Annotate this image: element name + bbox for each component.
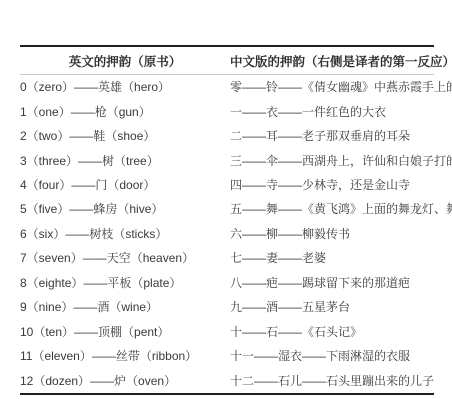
cell-english-rhyme: 0（zero）——英雄（hero） xyxy=(20,81,230,93)
table-body: 0（zero）——英雄（hero） 零——铃——《倩女幽魂》中燕赤霞手上的那个法… xyxy=(20,75,434,393)
table-row: 7（seven）——天空（heaven） 七——妻——老婆 xyxy=(20,246,434,270)
table-row: 11（eleven）——丝带（ribbon） 十一——湿衣——下雨淋湿的衣服 xyxy=(20,344,434,368)
cell-chinese-rhyme: 四——寺——少林寺，还是金山寺 xyxy=(230,179,434,191)
table-row: 12（dozen）——炉（oven） 十二——石儿——石头里蹦出来的儿子 xyxy=(20,368,434,392)
cell-chinese-rhyme: 五——舞——《黄飞鸿》上面的舞龙灯、舞狮子 xyxy=(230,203,452,215)
cell-chinese-rhyme: 九——酒——五星茅台 xyxy=(230,301,434,313)
table-row: 0（zero）——英雄（hero） 零——铃——《倩女幽魂》中燕赤霞手上的那个法… xyxy=(20,75,434,99)
cell-chinese-rhyme: 零——铃——《倩女幽魂》中燕赤霞手上的那个法铃 xyxy=(230,81,452,93)
cell-english-rhyme: 10（ten）——顶棚（pent） xyxy=(20,326,230,338)
cell-english-rhyme: 2（two）——鞋（shoe） xyxy=(20,130,230,142)
cell-english-rhyme: 8（eighte）——平板（plate） xyxy=(20,277,230,289)
table-header-row: 英文的押韵（原书） 中文版的押韵（右侧是译者的第一反应） xyxy=(20,47,434,75)
table-row: 6（six）——树枝（sticks） 六——柳——柳毅传书 xyxy=(20,222,434,246)
book-page: 英文的押韵（原书） 中文版的押韵（右侧是译者的第一反应） 0（zero）——英雄… xyxy=(0,0,452,399)
cell-english-rhyme: 12（dozen）——炉（oven） xyxy=(20,375,230,387)
cell-chinese-rhyme: 十——石——《石头记》 xyxy=(230,326,434,338)
table-row: 5（five）——蜂房（hive） 五——舞——《黄飞鸿》上面的舞龙灯、舞狮子 xyxy=(20,197,434,221)
cell-chinese-rhyme: 一——衣——一件红色的大衣 xyxy=(230,106,434,118)
cell-english-rhyme: 11（eleven）——丝带（ribbon） xyxy=(20,350,230,362)
cell-english-rhyme: 5（five）——蜂房（hive） xyxy=(20,203,230,215)
cell-english-rhyme: 6（six）——树枝（sticks） xyxy=(20,228,230,240)
column-header-english-rhyme: 英文的押韵（原书） xyxy=(20,52,230,70)
table-row: 3（three）——树（tree） 三——伞——西湖舟上，许仙和白娘子打的那把伞 xyxy=(20,148,434,172)
cell-chinese-rhyme: 八——疤——踢球留下来的那道疤 xyxy=(230,277,434,289)
cell-chinese-rhyme: 三——伞——西湖舟上，许仙和白娘子打的那把伞 xyxy=(230,155,452,167)
cell-chinese-rhyme: 十一——湿衣——下雨淋湿的衣服 xyxy=(230,350,434,362)
cell-english-rhyme: 3（three）——树（tree） xyxy=(20,155,230,167)
table-row: 10（ten）——顶棚（pent） 十——石——《石头记》 xyxy=(20,320,434,344)
cell-english-rhyme: 4（four）——门（door） xyxy=(20,179,230,191)
table-row: 9（nine）——酒（wine） 九——酒——五星茅台 xyxy=(20,295,434,319)
cell-english-rhyme: 9（nine）——酒（wine） xyxy=(20,301,230,313)
cell-english-rhyme: 1（one）——枪（gun） xyxy=(20,106,230,118)
rhyme-comparison-table: 英文的押韵（原书） 中文版的押韵（右侧是译者的第一反应） 0（zero）——英雄… xyxy=(20,45,434,395)
table-row: 4（four）——门（door） 四——寺——少林寺，还是金山寺 xyxy=(20,173,434,197)
cell-chinese-rhyme: 六——柳——柳毅传书 xyxy=(230,228,434,240)
cell-chinese-rhyme: 十二——石儿——石头里蹦出来的儿子 xyxy=(230,375,434,387)
cell-chinese-rhyme: 七——妻——老婆 xyxy=(230,252,434,264)
table-row: 1（one）——枪（gun） 一——衣——一件红色的大衣 xyxy=(20,99,434,123)
column-header-chinese-rhyme: 中文版的押韵（右侧是译者的第一反应） xyxy=(230,52,452,70)
cell-english-rhyme: 7（seven）——天空（heaven） xyxy=(20,252,230,264)
cell-chinese-rhyme: 二——耳——老子那双垂肩的耳朵 xyxy=(230,130,434,142)
table-row: 8（eighte）——平板（plate） 八——疤——踢球留下来的那道疤 xyxy=(20,271,434,295)
table-row: 2（two）——鞋（shoe） 二——耳——老子那双垂肩的耳朵 xyxy=(20,124,434,148)
